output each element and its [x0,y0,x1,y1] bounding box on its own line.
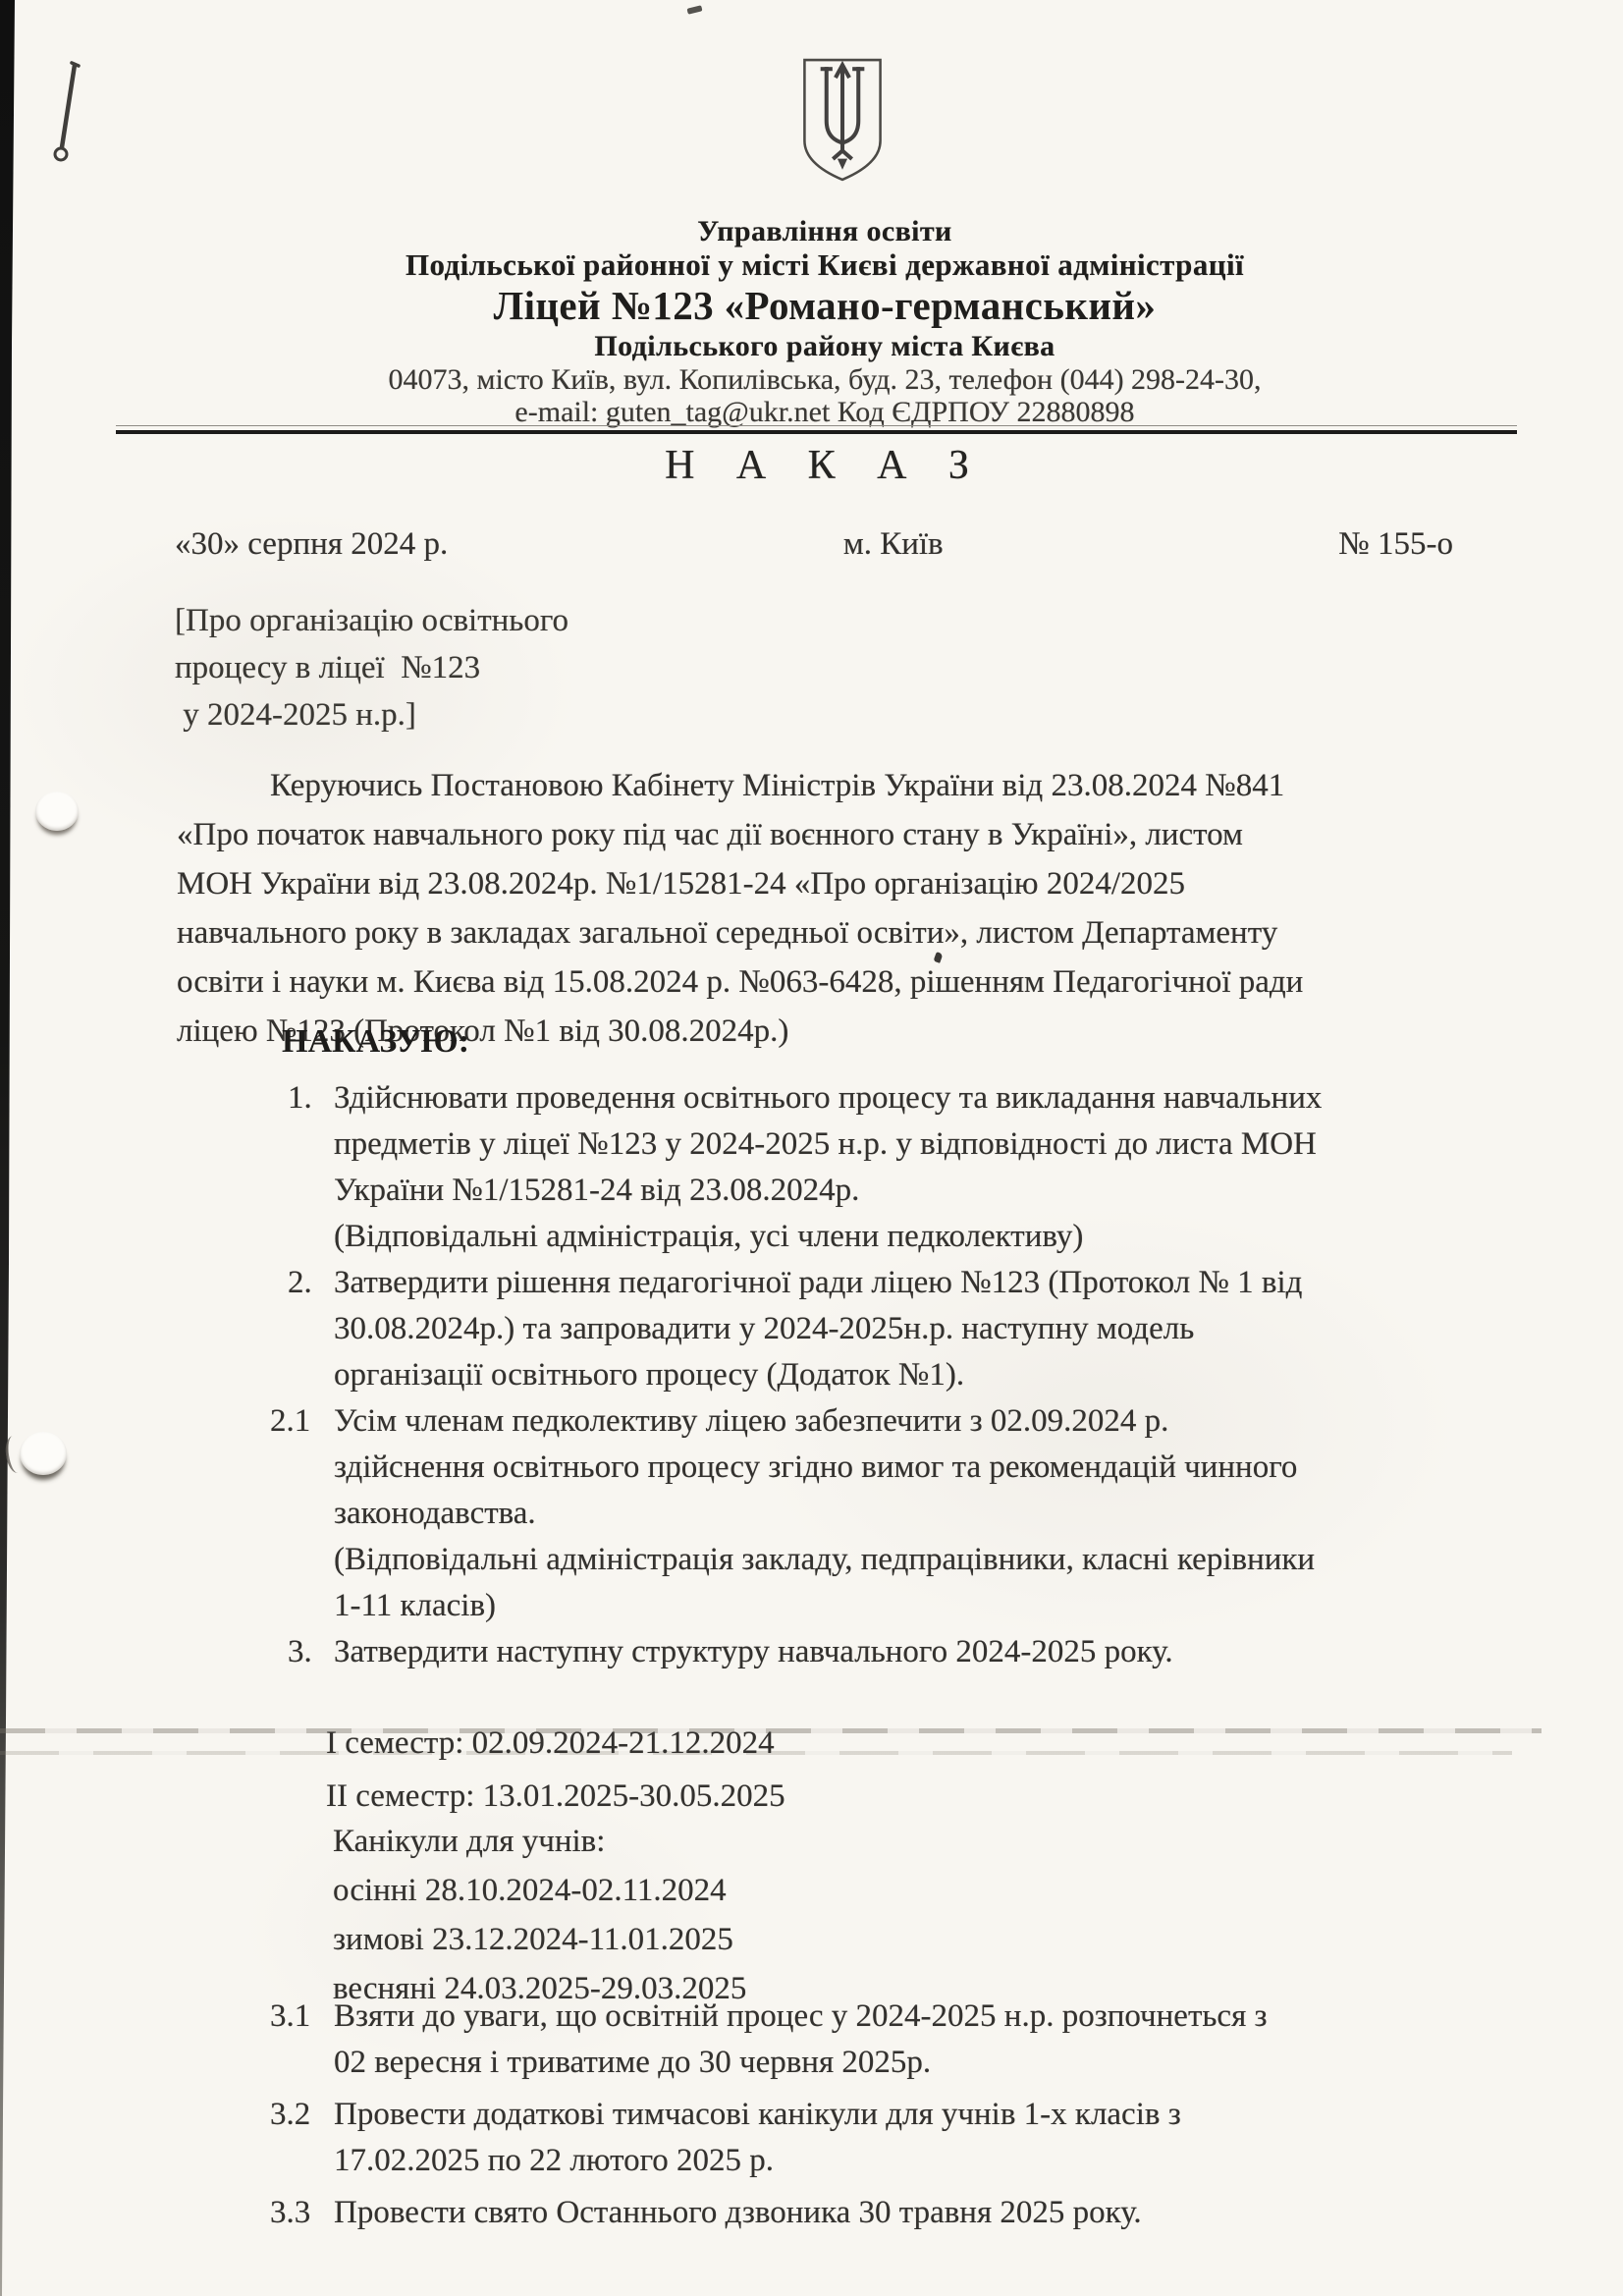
list-item: 2. Затвердити рішення педагогічної ради … [177,1260,1551,1398]
item-text: Затвердити наступну структуру навчальног… [334,1629,1551,1675]
scanned-order-document: Управління освіти Подільської районної у… [0,0,1623,2296]
document-date: «30» серпня 2024 р. [175,526,448,563]
item-text: Взяти до уваги, що освітній процес у 202… [334,1994,1551,2086]
list-item: 3.1 Взяти до уваги, що освітній процес у… [177,1994,1551,2086]
document-number: № 155-о [1338,526,1453,563]
order-list: 1. Здійснювати проведення освітнього про… [177,1075,1551,1675]
pen-mark-artifact [49,57,88,170]
vacation-item: осінні 28.10.2024-02.11.2024 [333,1866,746,1915]
vacations-block: Канікули для учнів: осінні 28.10.2024-02… [333,1817,746,2013]
item-text: Провести свято Останнього дзвоника 30 тр… [334,2190,1551,2236]
vacation-item: зимові 23.12.2024-11.01.2025 [333,1915,746,1964]
item-number: 3.1 [270,1994,310,2040]
semester-2: ІІ семестр: 13.01.2025-30.05.2025 [326,1770,785,1823]
item-text: Затвердити рішення педагогічної ради ліц… [334,1260,1551,1398]
document-city: м. Київ [843,526,944,563]
punch-hole-icon [20,1432,67,1475]
sub-item-list: 3.1 Взяти до уваги, що освітній процес у… [177,1994,1551,2242]
semester-1: І семестр: 02.09.2024-21.12.2024 [326,1717,785,1770]
order-heading: НАКАЗУЮ: [282,1023,469,1061]
header-district: Подільського району міста Києва [177,329,1473,363]
header-rule [116,430,1517,434]
item-text: Провести додаткові тимчасові канікули дл… [334,2092,1551,2184]
punch-hole-icon [35,792,79,831]
tryzub-emblem-icon [797,55,888,185]
vacations-title: Канікули для учнів: [333,1817,746,1866]
item-number: 2.1 [270,1398,310,1445]
list-item: 3. Затвердити наступну структуру навчаль… [177,1629,1551,1675]
header-address: 04073, місто Київ, вул. Копилівська, буд… [177,363,1473,396]
dateline: «30» серпня 2024 р. м. Київ № 155-о [175,526,1453,563]
item-number: 2. [288,1260,312,1306]
corner-mark-artifact [686,5,702,14]
scan-edge-artifact [0,0,16,2296]
header-school-name: Ліцей №123 «Романо-германський» [177,283,1473,329]
semester-block: І семестр: 02.09.2024-21.12.2024 ІІ семе… [326,1717,785,1823]
item-number: 3. [288,1629,312,1675]
header-rule-echo [116,425,1517,426]
header-administration: Подільської районної у місті Києві держа… [177,247,1473,283]
list-item: 1. Здійснювати проведення освітнього про… [177,1075,1551,1260]
header-department: Управління освіти [177,215,1473,247]
letterhead: Управління освіти Подільської районної у… [177,55,1473,428]
preamble: Керуючись Постановою Кабінету Міністрів … [177,761,1551,1056]
item-number: 3.2 [270,2092,310,2138]
list-item: 3.2 Провести додаткові тимчасові канікул… [177,2092,1551,2184]
item-text: Здійснювати проведення освітнього процес… [334,1075,1551,1260]
list-item: 3.3 Провести свято Останнього дзвоника 3… [177,2190,1551,2236]
header-email: e-mail: guten_tag@ukr.net Код ЄДРПОУ 228… [177,396,1473,428]
item-text: Усім членам педколективу ліцею забезпечи… [334,1398,1551,1629]
list-item: 2.1 Усім членам педколективу ліцею забез… [177,1398,1551,1629]
item-number: 3.3 [270,2190,310,2236]
item-number: 1. [288,1075,312,1121]
subject-note: [Про організацію освітнього процесу в лі… [175,597,862,738]
document-title: Н А К А З [177,442,1473,489]
